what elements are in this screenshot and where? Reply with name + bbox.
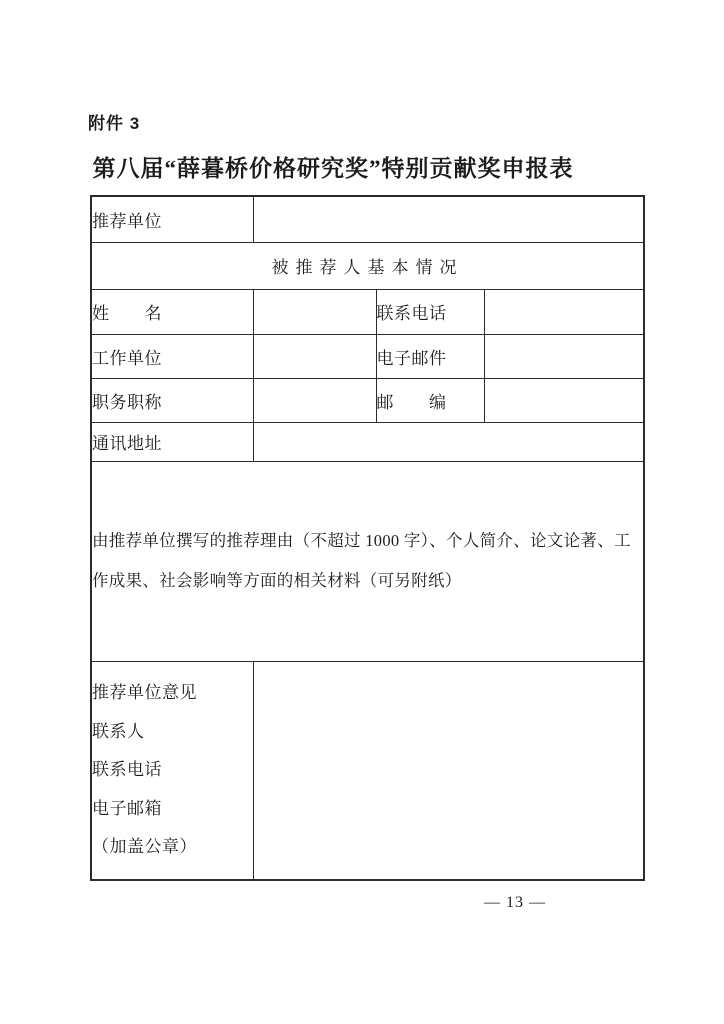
opinion-line-contact: 联系人 — [92, 713, 253, 752]
phone-value-cell — [484, 289, 644, 334]
section-header: 被推荐人基本情况 — [91, 242, 644, 289]
email-label: 电子邮件 — [376, 334, 484, 378]
opinion-line-title: 推荐单位意见 — [92, 674, 253, 713]
table-row-title-postcode: 职务职称 邮 编 — [91, 378, 644, 422]
work-unit-label: 工作单位 — [91, 334, 253, 378]
name-value-cell — [253, 289, 376, 334]
application-form-table: 推荐单位 被推荐人基本情况 姓 名 联系电话 工作单位 电子邮件 职务职称 — [90, 195, 645, 881]
opinion-line-email: 电子邮箱 — [92, 790, 253, 829]
materials-note: 由推荐单位撰写的推荐理由（不超过 1000 字）、个人简介、论文论著、工 作成果… — [91, 461, 644, 661]
opinion-value-cell — [253, 661, 644, 880]
work-unit-value-cell — [253, 334, 376, 378]
phone-label: 联系电话 — [376, 289, 484, 334]
opinion-line-seal: （加盖公章） — [92, 828, 253, 867]
table-row-opinion: 推荐单位意见 联系人 联系电话 电子邮箱 （加盖公章） — [91, 661, 644, 880]
recommender-value-cell — [253, 196, 644, 242]
page-number: — 13 — — [455, 894, 575, 912]
email-value-cell — [484, 334, 644, 378]
table-row-section-header: 被推荐人基本情况 — [91, 242, 644, 289]
postcode-label: 邮 编 — [376, 378, 484, 422]
table-row-recommender: 推荐单位 — [91, 196, 644, 242]
table-row-name-phone: 姓 名 联系电话 — [91, 289, 644, 334]
attachment-label: 附件 3 — [88, 109, 140, 134]
position-title-label: 职务职称 — [91, 378, 253, 422]
postcode-value-cell — [484, 378, 644, 422]
address-value-cell — [253, 422, 644, 461]
opinion-label-cell: 推荐单位意见 联系人 联系电话 电子邮箱 （加盖公章） — [91, 661, 253, 880]
table-row-address: 通讯地址 — [91, 422, 644, 461]
position-title-value-cell — [253, 378, 376, 422]
recommender-label: 推荐单位 — [91, 196, 253, 242]
table-row-materials: 由推荐单位撰写的推荐理由（不超过 1000 字）、个人简介、论文论著、工 作成果… — [91, 461, 644, 661]
name-label: 姓 名 — [91, 289, 253, 334]
address-label: 通讯地址 — [91, 422, 253, 461]
document-page: 附件 3 第八届“薛暮桥价格研究奖”特别贡献奖申报表 推荐单位 被推荐人基本情况… — [0, 0, 724, 1024]
table-row-workunit-email: 工作单位 电子邮件 — [91, 334, 644, 378]
form-title: 第八届“薛暮桥价格研究奖”特别贡献奖申报表 — [88, 150, 578, 183]
opinion-line-phone: 联系电话 — [92, 751, 253, 790]
